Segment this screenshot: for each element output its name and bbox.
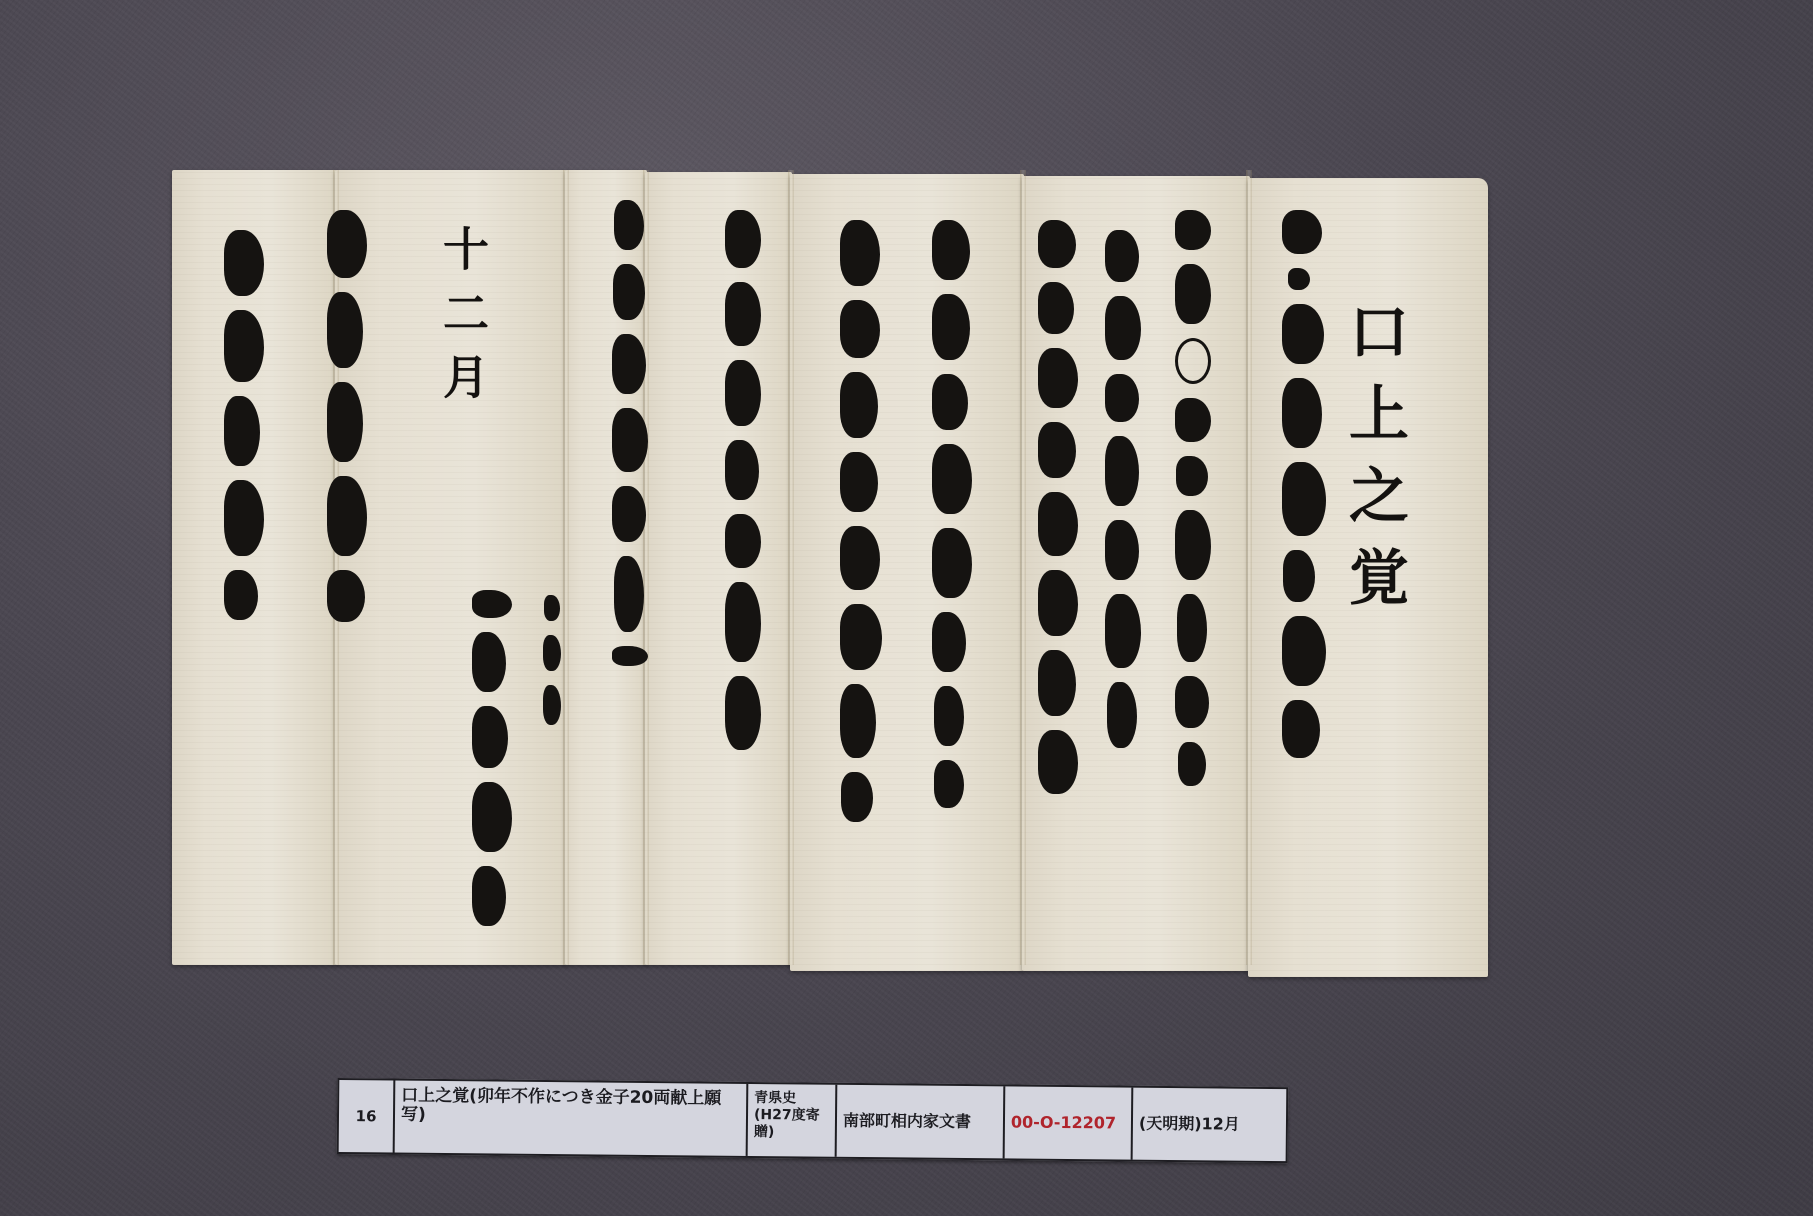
label-title: 口上之覚(卯年不作につき金子20両献上願写) <box>395 1081 749 1156</box>
historical-document: 口上之覚 十二月 <box>172 170 1488 965</box>
catalog-label: 16 口上之覚(卯年不作につき金子20両献上願写) 青県史(H27度寄贈) 南部… <box>337 1078 1289 1163</box>
addressee-column <box>224 230 258 634</box>
label-number: 16 <box>339 1080 396 1153</box>
fold-line <box>563 170 569 965</box>
fold-line <box>1020 170 1026 965</box>
label-date: (天明期)12月 <box>1133 1088 1287 1161</box>
paper-panel-4 <box>645 172 792 965</box>
calligraphy-column <box>725 210 759 764</box>
addressee-column <box>327 210 361 636</box>
label-collection: 南部町相内家文書 <box>837 1085 1006 1159</box>
fold-line <box>1246 170 1252 965</box>
calligraphy-column <box>1105 230 1139 762</box>
signature <box>472 590 506 940</box>
calligraphy-column <box>1038 220 1072 808</box>
paper-panel-5 <box>790 174 1024 971</box>
fold-line <box>788 170 794 965</box>
label-source: 青県史(H27度寄贈) <box>748 1084 838 1157</box>
calligraphy-column <box>1175 210 1209 800</box>
calligraphy-column <box>1282 210 1316 772</box>
label-catalog-id: 00-O-12207 <box>1005 1086 1134 1159</box>
calligraphy-column <box>612 200 646 680</box>
calligraphy-column <box>932 220 966 822</box>
document-heading: 口上之覚 <box>1344 300 1404 628</box>
signature-small <box>542 595 562 739</box>
document-date-line: 十二月 <box>440 225 486 417</box>
calligraphy-column <box>840 220 874 836</box>
